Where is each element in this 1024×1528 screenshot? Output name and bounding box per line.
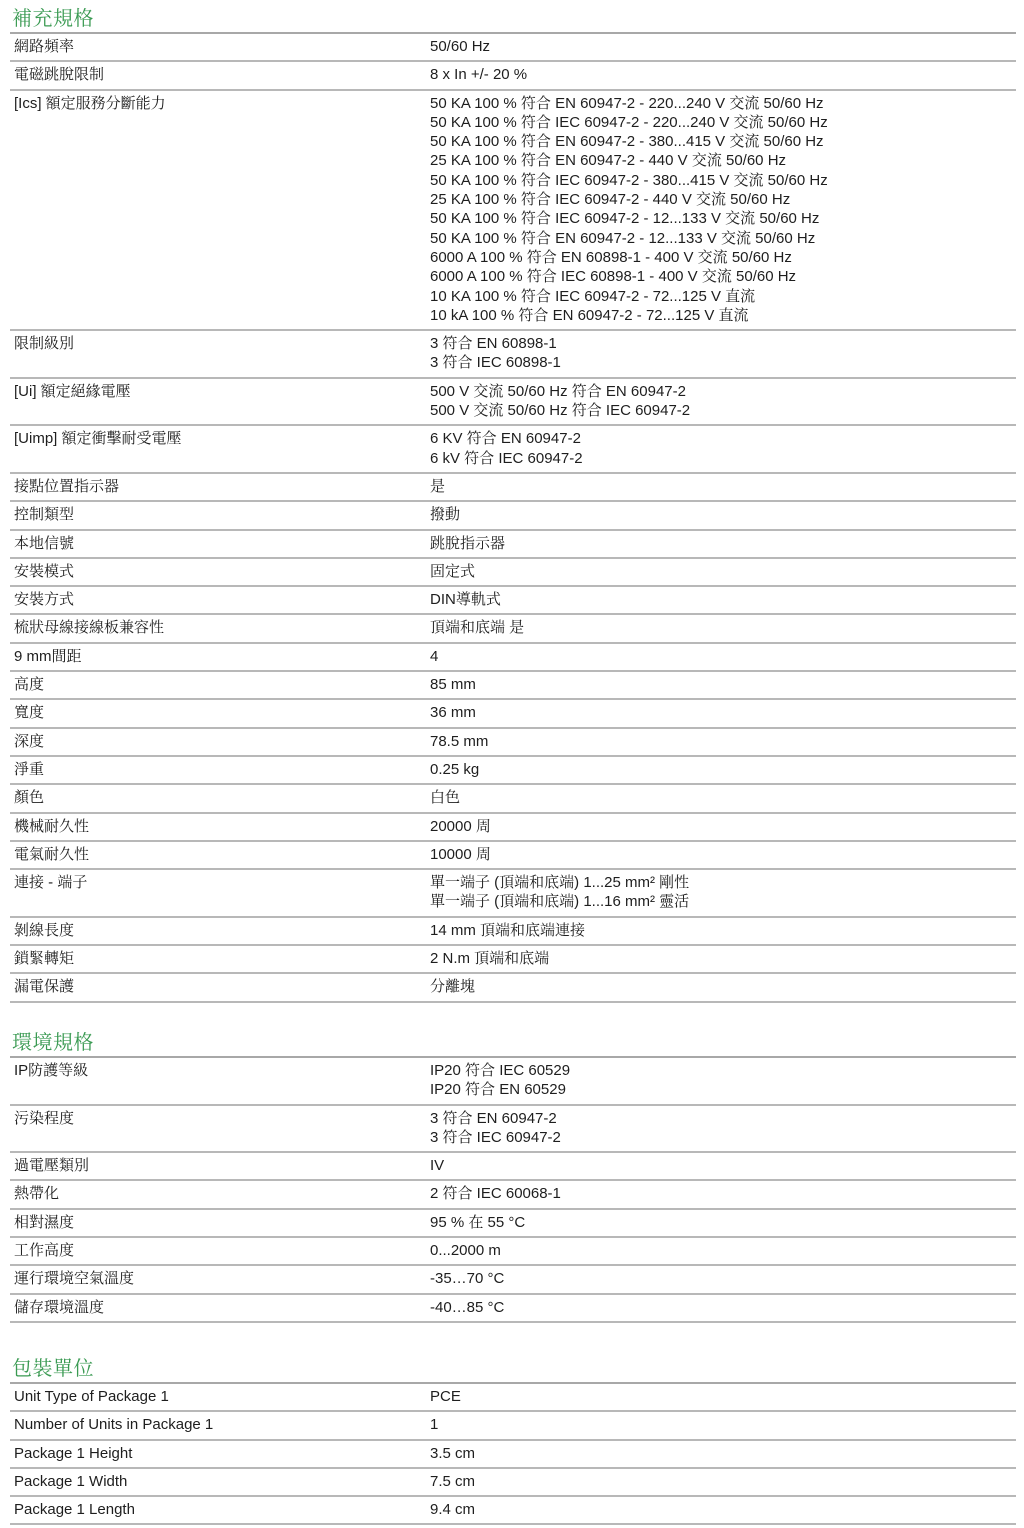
spec-value: 2 符合 IEC 60068-1 — [430, 1184, 1016, 1203]
spec-label: IP防護等級 — [10, 1061, 430, 1100]
spec-values: 0...2000 m — [430, 1241, 1016, 1260]
spec-value: 1 — [430, 1415, 1016, 1434]
spec-label: 控制類型 — [10, 505, 430, 524]
spec-values: 固定式 — [430, 562, 1016, 581]
spec-values: 跳脫指示器 — [430, 534, 1016, 553]
spec-values: 95 % 在 55 °C — [430, 1213, 1016, 1232]
spec-value: 95 % 在 55 °C — [430, 1213, 1016, 1232]
spec-row: Unit Type of Package 1PCE — [10, 1384, 1016, 1412]
spec-values: 3 符合 EN 60947-23 符合 IEC 60947-2 — [430, 1109, 1016, 1148]
spec-value: 2 N.m 頂端和底端 — [430, 949, 1016, 968]
spec-row: Package 1 Width7.5 cm — [10, 1469, 1016, 1497]
spec-value: 7.5 cm — [430, 1472, 1016, 1491]
spec-value: 固定式 — [430, 562, 1016, 581]
spec-value: 36 mm — [430, 703, 1016, 722]
spec-row: 安裝模式固定式 — [10, 559, 1016, 587]
spec-value: 50/60 Hz — [430, 37, 1016, 56]
spec-row: 電磁跳脫限制8 x In +/- 20 % — [10, 62, 1016, 90]
section-title: 包裝單位 — [10, 1356, 1016, 1382]
spec-values: 2 N.m 頂端和底端 — [430, 949, 1016, 968]
spec-label: 熱帶化 — [10, 1184, 430, 1203]
spec-row: 接點位置指示器是 — [10, 474, 1016, 502]
spec-row: [Ui] 額定絕緣電壓500 V 交流 50/60 Hz 符合 EN 60947… — [10, 379, 1016, 427]
spec-value: 0.25 kg — [430, 760, 1016, 779]
spec-value: 單一端子 (頂端和底端) 1...16 mm² 靈活 — [430, 892, 1016, 911]
spec-values: 9.4 cm — [430, 1500, 1016, 1519]
spec-label: Package 1 Width — [10, 1472, 430, 1491]
spec-values: DIN導軌式 — [430, 590, 1016, 609]
spec-row: 運行環境空氣溫度-35…70 °C — [10, 1266, 1016, 1294]
spec-values: 8 x In +/- 20 % — [430, 65, 1016, 84]
spec-values: 頂端和底端 是 — [430, 618, 1016, 637]
spec-value: -40…85 °C — [430, 1298, 1016, 1317]
spec-value: 3.5 cm — [430, 1444, 1016, 1463]
spec-label: 電磁跳脫限制 — [10, 65, 430, 84]
spec-value: 單一端子 (頂端和底端) 1...25 mm² 剛性 — [430, 873, 1016, 892]
spec-row: 機械耐久性20000 周 — [10, 814, 1016, 842]
spec-value: 50 KA 100 % 符合 IEC 60947-2 - 220...240 V… — [430, 113, 1016, 132]
spec-value: 20000 周 — [430, 817, 1016, 836]
spec-values: 分離塊 — [430, 977, 1016, 996]
section-packaging-units: 包裝單位 Unit Type of Package 1PCENumber of … — [10, 1356, 1016, 1525]
spec-value: 50 KA 100 % 符合 IEC 60947-2 - 380...415 V… — [430, 171, 1016, 190]
section-title: 環境規格 — [10, 1030, 1016, 1056]
spec-value: 白色 — [430, 788, 1016, 807]
spec-row: 熱帶化2 符合 IEC 60068-1 — [10, 1181, 1016, 1209]
spec-row: 連接 - 端子單一端子 (頂端和底端) 1...25 mm² 剛性單一端子 (頂… — [10, 870, 1016, 918]
spec-values: 78.5 mm — [430, 732, 1016, 751]
spec-value: 8 x In +/- 20 % — [430, 65, 1016, 84]
spec-value: 0...2000 m — [430, 1241, 1016, 1260]
spec-value: -35…70 °C — [430, 1269, 1016, 1288]
spec-label: 本地信號 — [10, 534, 430, 553]
spec-label: 高度 — [10, 675, 430, 694]
spec-values: 10000 周 — [430, 845, 1016, 864]
spec-values: 7.5 cm — [430, 1472, 1016, 1491]
spec-row: 過電壓類別IV — [10, 1153, 1016, 1181]
spec-value: 25 KA 100 % 符合 EN 60947-2 - 440 V 交流 50/… — [430, 151, 1016, 170]
spec-row: 深度78.5 mm — [10, 729, 1016, 757]
spec-label: 連接 - 端子 — [10, 873, 430, 912]
spec-values: PCE — [430, 1387, 1016, 1406]
spec-label: 運行環境空氣溫度 — [10, 1269, 430, 1288]
spec-value: IV — [430, 1156, 1016, 1175]
spec-row: 淨重0.25 kg — [10, 757, 1016, 785]
spec-label: 剝線長度 — [10, 921, 430, 940]
spec-row: 顏色白色 — [10, 785, 1016, 813]
spec-values: 4 — [430, 647, 1016, 666]
spec-value: 6 KV 符合 EN 60947-2 — [430, 429, 1016, 448]
spec-values: 50/60 Hz — [430, 37, 1016, 56]
spec-table: Unit Type of Package 1PCENumber of Units… — [10, 1382, 1016, 1525]
spec-label: [Ui] 額定絕緣電壓 — [10, 382, 430, 421]
spec-values: IP20 符合 IEC 60529IP20 符合 EN 60529 — [430, 1061, 1016, 1100]
spec-row: [Ics] 額定服務分斷能力50 KA 100 % 符合 EN 60947-2 … — [10, 91, 1016, 332]
spec-label: Unit Type of Package 1 — [10, 1387, 430, 1406]
spec-value: 85 mm — [430, 675, 1016, 694]
spec-value: 是 — [430, 477, 1016, 496]
spec-values: 是 — [430, 477, 1016, 496]
spec-label: 鎖緊轉矩 — [10, 949, 430, 968]
spec-value: 50 KA 100 % 符合 EN 60947-2 - 12...133 V 交… — [430, 229, 1016, 248]
spec-row: IP防護等級IP20 符合 IEC 60529IP20 符合 EN 60529 — [10, 1058, 1016, 1106]
spec-value: 4 — [430, 647, 1016, 666]
spec-value: IP20 符合 IEC 60529 — [430, 1061, 1016, 1080]
spec-values: 14 mm 頂端和底端連接 — [430, 921, 1016, 940]
spec-label: 限制級別 — [10, 334, 430, 373]
spec-value: 50 KA 100 % 符合 EN 60947-2 - 380...415 V … — [430, 132, 1016, 151]
spec-row: 漏電保護分離塊 — [10, 974, 1016, 1002]
section-supplementary-specs: 補充規格 網路頻率50/60 Hz電磁跳脫限制8 x In +/- 20 %[I… — [10, 6, 1016, 1003]
spec-row: 污染程度3 符合 EN 60947-23 符合 IEC 60947-2 — [10, 1106, 1016, 1154]
spec-label: 9 mm間距 — [10, 647, 430, 666]
spec-value: 6000 A 100 % 符合 IEC 60898-1 - 400 V 交流 5… — [430, 267, 1016, 286]
spec-value: 14 mm 頂端和底端連接 — [430, 921, 1016, 940]
spec-value: 10 kA 100 % 符合 EN 60947-2 - 72...125 V 直… — [430, 306, 1016, 325]
spec-value: 6000 A 100 % 符合 EN 60898-1 - 400 V 交流 50… — [430, 248, 1016, 267]
spec-value: 50 KA 100 % 符合 EN 60947-2 - 220...240 V … — [430, 94, 1016, 113]
spec-value: 撥動 — [430, 505, 1016, 524]
spec-label: Package 1 Length — [10, 1500, 430, 1519]
spec-values: 6 KV 符合 EN 60947-26 kV 符合 IEC 60947-2 — [430, 429, 1016, 468]
spec-values: 500 V 交流 50/60 Hz 符合 EN 60947-2500 V 交流 … — [430, 382, 1016, 421]
spec-row: Package 1 Height3.5 cm — [10, 1441, 1016, 1469]
spec-values: 撥動 — [430, 505, 1016, 524]
spec-value: 10 KA 100 % 符合 IEC 60947-2 - 72...125 V … — [430, 287, 1016, 306]
spec-values: 2 符合 IEC 60068-1 — [430, 1184, 1016, 1203]
spec-label: 儲存環境溫度 — [10, 1298, 430, 1317]
spec-values: IV — [430, 1156, 1016, 1175]
spec-label: 工作高度 — [10, 1241, 430, 1260]
spec-values: 85 mm — [430, 675, 1016, 694]
spec-row: 安裝方式DIN導軌式 — [10, 587, 1016, 615]
spec-label: [Ics] 額定服務分斷能力 — [10, 94, 430, 326]
spec-values: 36 mm — [430, 703, 1016, 722]
spec-label: 電氣耐久性 — [10, 845, 430, 864]
section-title: 補充規格 — [10, 6, 1016, 32]
spec-label: 接點位置指示器 — [10, 477, 430, 496]
spec-values: -40…85 °C — [430, 1298, 1016, 1317]
spec-label: 安裝方式 — [10, 590, 430, 609]
spec-value: 500 V 交流 50/60 Hz 符合 IEC 60947-2 — [430, 401, 1016, 420]
spec-label: Package 1 Height — [10, 1444, 430, 1463]
spec-row: 相對濕度95 % 在 55 °C — [10, 1210, 1016, 1238]
spec-row: 剝線長度14 mm 頂端和底端連接 — [10, 918, 1016, 946]
spec-label: 深度 — [10, 732, 430, 751]
spec-value: 3 符合 IEC 60947-2 — [430, 1128, 1016, 1147]
spec-label: Number of Units in Package 1 — [10, 1415, 430, 1434]
spec-table: IP防護等級IP20 符合 IEC 60529IP20 符合 EN 60529污… — [10, 1056, 1016, 1323]
spec-value: 500 V 交流 50/60 Hz 符合 EN 60947-2 — [430, 382, 1016, 401]
spec-row: 本地信號跳脫指示器 — [10, 531, 1016, 559]
spec-values: 3 符合 EN 60898-13 符合 IEC 60898-1 — [430, 334, 1016, 373]
spec-row: 梳狀母線接線板兼容性頂端和底端 是 — [10, 615, 1016, 643]
spec-value: 10000 周 — [430, 845, 1016, 864]
spec-value: 跳脫指示器 — [430, 534, 1016, 553]
spec-label: 機械耐久性 — [10, 817, 430, 836]
spec-label: 網路頻率 — [10, 37, 430, 56]
spec-table: 網路頻率50/60 Hz電磁跳脫限制8 x In +/- 20 %[Ics] 額… — [10, 32, 1016, 1003]
spec-values: 單一端子 (頂端和底端) 1...25 mm² 剛性單一端子 (頂端和底端) 1… — [430, 873, 1016, 912]
spec-row: [Uimp] 額定衝擊耐受電壓6 KV 符合 EN 60947-26 kV 符合… — [10, 426, 1016, 474]
spec-label: 顏色 — [10, 788, 430, 807]
spec-values: 20000 周 — [430, 817, 1016, 836]
spec-label: 相對濕度 — [10, 1213, 430, 1232]
spec-value: 25 KA 100 % 符合 IEC 60947-2 - 440 V 交流 50… — [430, 190, 1016, 209]
spec-value: PCE — [430, 1387, 1016, 1406]
spec-values: 0.25 kg — [430, 760, 1016, 779]
spec-row: 網路頻率50/60 Hz — [10, 34, 1016, 62]
spec-row: 控制類型撥動 — [10, 502, 1016, 530]
spec-row: 寬度36 mm — [10, 700, 1016, 728]
spec-values: 50 KA 100 % 符合 EN 60947-2 - 220...240 V … — [430, 94, 1016, 326]
spec-value: 9.4 cm — [430, 1500, 1016, 1519]
spec-value: 3 符合 EN 60898-1 — [430, 334, 1016, 353]
spec-label: 漏電保護 — [10, 977, 430, 996]
spec-row: 鎖緊轉矩2 N.m 頂端和底端 — [10, 946, 1016, 974]
spec-value: DIN導軌式 — [430, 590, 1016, 609]
spec-value: IP20 符合 EN 60529 — [430, 1080, 1016, 1099]
spec-label: [Uimp] 額定衝擊耐受電壓 — [10, 429, 430, 468]
spec-row: 9 mm間距4 — [10, 644, 1016, 672]
spec-values: 1 — [430, 1415, 1016, 1434]
spec-row: 電氣耐久性10000 周 — [10, 842, 1016, 870]
spec-label: 安裝模式 — [10, 562, 430, 581]
spec-values: 白色 — [430, 788, 1016, 807]
spec-label: 過電壓類別 — [10, 1156, 430, 1175]
spec-row: 限制級別3 符合 EN 60898-13 符合 IEC 60898-1 — [10, 331, 1016, 379]
spec-row: 高度85 mm — [10, 672, 1016, 700]
spec-label: 污染程度 — [10, 1109, 430, 1148]
spec-row: 儲存環境溫度-40…85 °C — [10, 1295, 1016, 1323]
spec-value: 頂端和底端 是 — [430, 618, 1016, 637]
spec-value: 50 KA 100 % 符合 IEC 60947-2 - 12...133 V … — [430, 209, 1016, 228]
spec-value: 分離塊 — [430, 977, 1016, 996]
spec-label: 梳狀母線接線板兼容性 — [10, 618, 430, 637]
spec-value: 78.5 mm — [430, 732, 1016, 751]
spec-value: 3 符合 IEC 60898-1 — [430, 353, 1016, 372]
spec-values: 3.5 cm — [430, 1444, 1016, 1463]
spec-label: 淨重 — [10, 760, 430, 779]
spec-value: 6 kV 符合 IEC 60947-2 — [430, 449, 1016, 468]
spec-value: 3 符合 EN 60947-2 — [430, 1109, 1016, 1128]
spec-values: -35…70 °C — [430, 1269, 1016, 1288]
spec-label: 寬度 — [10, 703, 430, 722]
section-environmental-specs: 環境規格 IP防護等級IP20 符合 IEC 60529IP20 符合 EN 6… — [10, 1030, 1016, 1323]
spec-row: Package 1 Length9.4 cm — [10, 1497, 1016, 1525]
spec-row: Number of Units in Package 11 — [10, 1412, 1016, 1440]
spec-row: 工作高度0...2000 m — [10, 1238, 1016, 1266]
